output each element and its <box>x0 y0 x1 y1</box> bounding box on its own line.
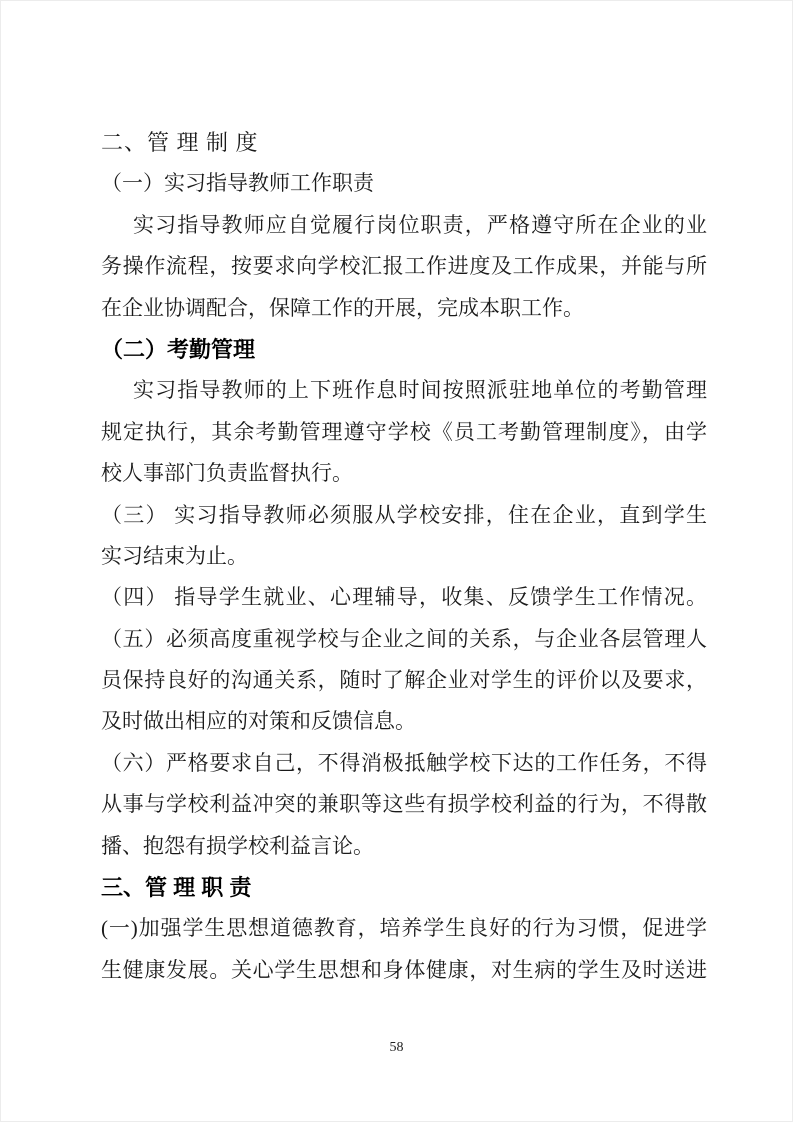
body-text-line: 生健康发展。关心学生思想和身体健康，对生病的学生及时送进 <box>101 950 707 991</box>
page-number: 58 <box>1 1039 792 1057</box>
section-heading: 三、管 理 职 责 <box>101 867 707 908</box>
body-text-line: 实习结束为止。 <box>101 536 707 577</box>
body-text-line: （一）实习指导教师工作职责 <box>101 163 707 204</box>
body-text-line: （六）严格要求自己，不得消极抵触学校下达的工作任务，不得 <box>101 743 707 784</box>
body-text-line: 从事与学校利益冲突的兼职等这些有损学校利益的行为，不得散 <box>101 784 707 825</box>
body-text-line: （三） 实习指导教师必须服从学校安排，住在企业，直到学生 <box>101 495 707 536</box>
body-text-line: 校人事部门负责监督执行。 <box>101 453 707 494</box>
body-text-line: （五）必须高度重视学校与企业之间的关系，与企业各层管理人 <box>101 619 707 660</box>
document-text-block: 二、管 理 制 度（一）实习指导教师工作职责实习指导教师应自觉履行岗位职责，严格… <box>101 122 707 991</box>
body-text-line: 规定执行，其余考勤管理遵守学校《员工考勤管理制度》，由学 <box>101 412 707 453</box>
body-text-line: 务操作流程，按要求向学校汇报工作进度及工作成果，并能与所 <box>101 246 707 287</box>
body-text-line: 在企业协调配合，保障工作的开展，完成本职工作。 <box>101 288 707 329</box>
body-text-line: （四） 指导学生就业、心理辅导，收集、反馈学生工作情况。 <box>101 577 707 618</box>
body-text-line: 实习指导教师应自觉履行岗位职责，严格遵守所在企业的业 <box>101 205 707 246</box>
body-text-line: 播、抱怨有损学校利益言论。 <box>101 826 707 867</box>
document-page: 二、管 理 制 度（一）实习指导教师工作职责实习指导教师应自觉履行岗位职责，严格… <box>0 0 793 1122</box>
body-text-line: (一)加强学生思想道德教育，培养学生良好的行为习惯，促进学 <box>101 908 707 949</box>
section-heading: （二）考勤管理 <box>101 329 707 370</box>
body-text-line: 及时做出相应的对策和反馈信息。 <box>101 701 707 742</box>
body-text-line: 实习指导教师的上下班作息时间按照派驻地单位的考勤管理 <box>101 370 707 411</box>
section-heading: 二、管 理 制 度 <box>101 122 707 163</box>
body-text-line: 员保持良好的沟通关系，随时了解企业对学生的评价以及要求， <box>101 660 707 701</box>
